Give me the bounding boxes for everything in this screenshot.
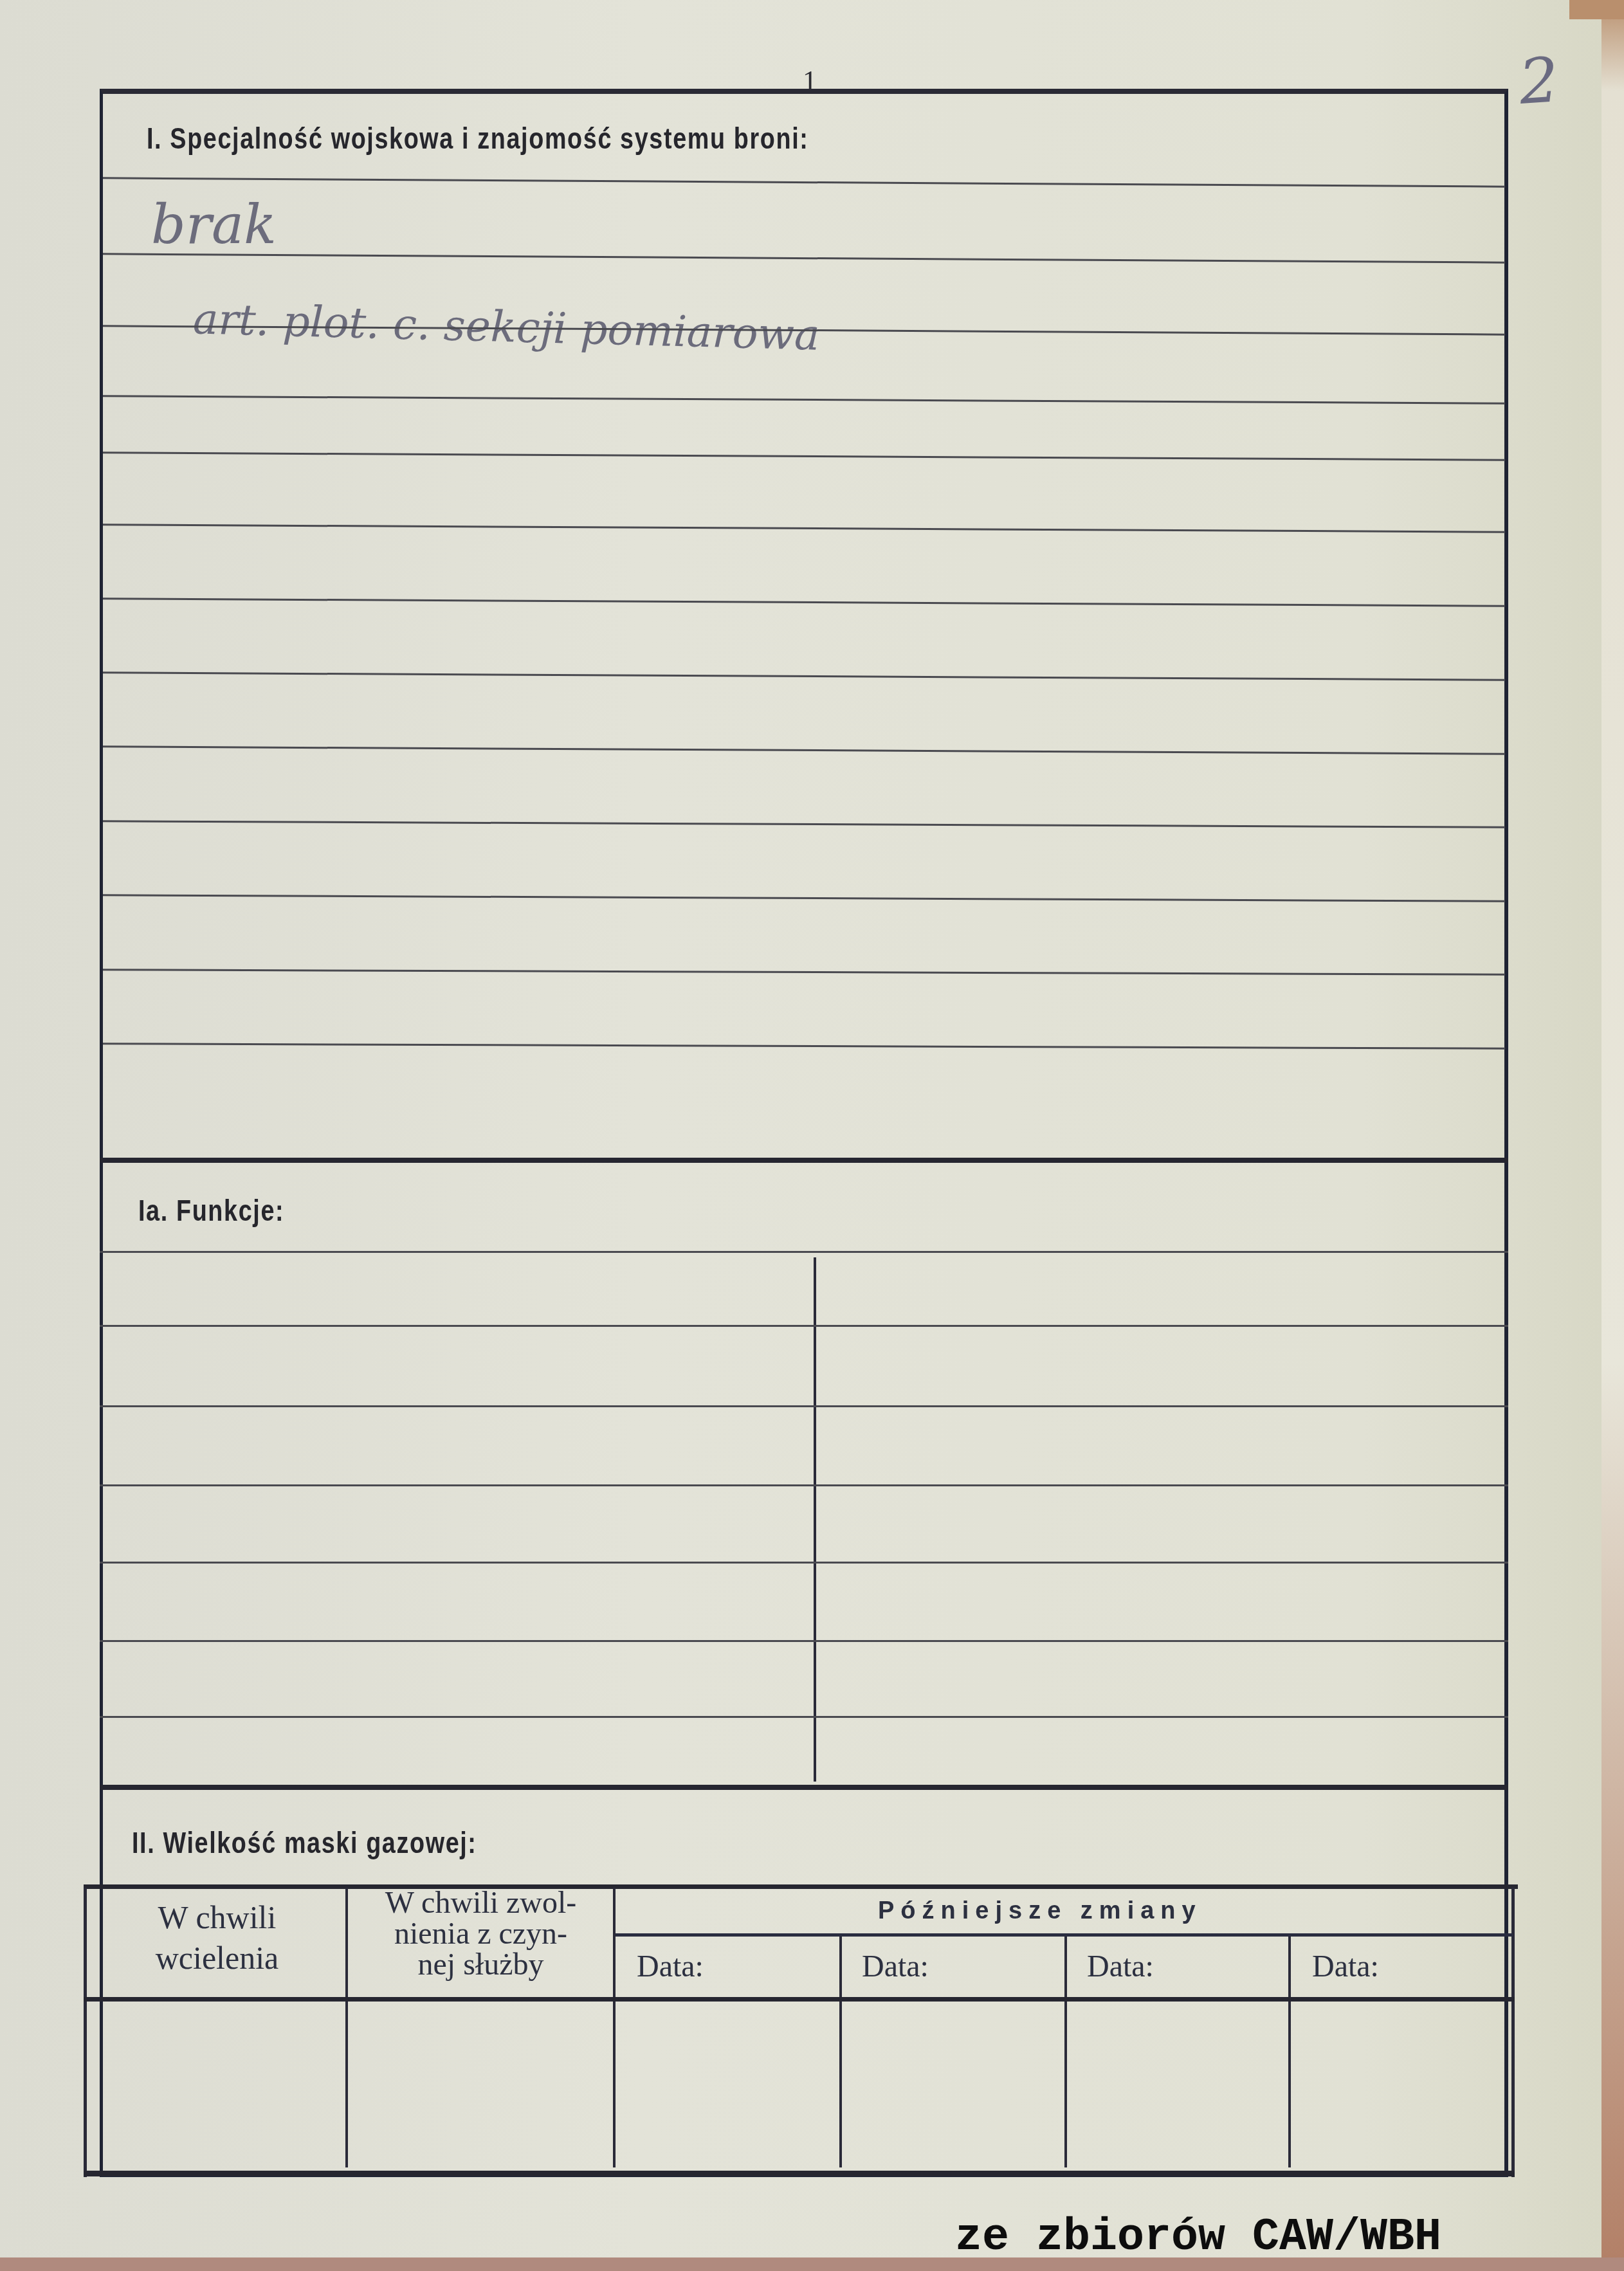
date-label-3: Data: xyxy=(1087,1949,1154,1984)
value-cell-change-4 xyxy=(1291,2003,1510,2167)
col-header-at-enlistment: W chwili wcielenia xyxy=(90,1901,344,1975)
grid-row-line xyxy=(100,1562,1508,1564)
table-col-divider xyxy=(345,1888,348,2167)
date-label-4: Data: xyxy=(1312,1949,1379,1984)
table-header-bottom-border xyxy=(84,1997,1515,2002)
grid-row-line xyxy=(100,1640,1508,1642)
date-label-1: Data: xyxy=(637,1949,704,1984)
section-1-title: I. Specjalność wojskowa i znajomość syst… xyxy=(147,121,808,156)
ruled-line xyxy=(100,1251,1508,1253)
group-header-underline xyxy=(616,1933,1513,1937)
table-col-divider xyxy=(1064,1936,1067,2167)
grid-row-line xyxy=(100,1405,1508,1407)
value-cell-change-3 xyxy=(1068,2003,1287,2167)
section-1a-title: Ia. Funkcje: xyxy=(138,1193,284,1228)
col-header-at-discharge: W chwili zwol- nienia z czyn- nej służby xyxy=(351,1888,611,1980)
handwritten-page-number: 2 xyxy=(1517,44,1561,118)
section-divider xyxy=(100,1785,1508,1790)
handwritten-entry-1: brak xyxy=(151,193,277,256)
value-cell-change-1 xyxy=(616,2003,838,2167)
table-top-border xyxy=(84,1884,1518,1889)
value-cell-at-discharge xyxy=(349,2003,611,2167)
table-right-border xyxy=(1511,1888,1515,2177)
section-divider xyxy=(100,1158,1508,1163)
section-2-title: II. Wielkość maski gazowej: xyxy=(132,1825,477,1860)
background-wood-top xyxy=(1569,0,1624,19)
archive-watermark: ze zbiorów CAW/WBH xyxy=(955,2212,1441,2263)
value-cell-change-2 xyxy=(843,2003,1063,2167)
table-bottom-border xyxy=(84,2171,1515,2176)
page-edge-background xyxy=(1601,0,1624,2271)
value-cell-at-enlistment xyxy=(88,2003,344,2167)
table-col-divider xyxy=(613,1888,616,2167)
grid-row-line xyxy=(100,1325,1508,1327)
group-header-later-changes: Późniejsze zmiany xyxy=(878,1897,1202,1925)
grid-row-line xyxy=(100,1716,1508,1718)
table-col-divider xyxy=(1288,1936,1291,2167)
grid-row-line xyxy=(100,1484,1508,1486)
date-label-2: Data: xyxy=(862,1949,929,1984)
table-col-divider xyxy=(839,1936,842,2167)
functions-column-divider xyxy=(814,1257,816,1782)
table-left-border xyxy=(84,1888,87,2177)
